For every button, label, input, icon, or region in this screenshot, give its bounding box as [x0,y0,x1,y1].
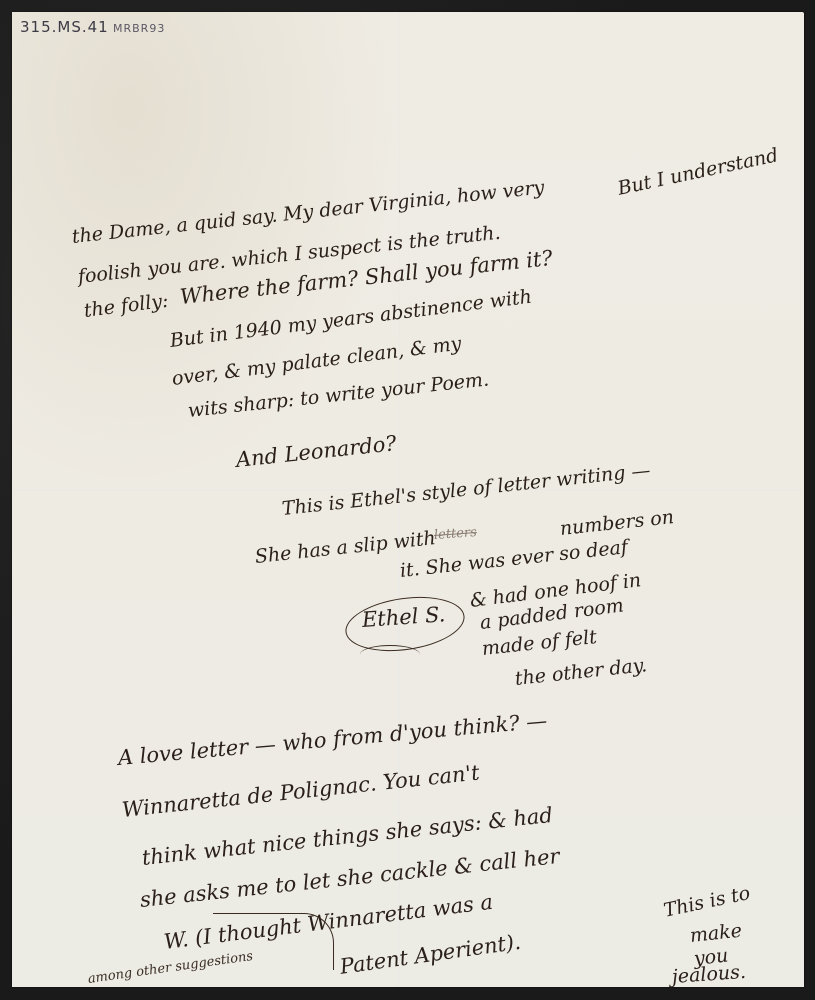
archive-call-number: 315.MS.41 [20,18,109,36]
circled-name-tail [360,645,420,664]
archive-reference-number: MRBR93 [113,22,165,35]
struck-out-word: letters [433,525,477,543]
